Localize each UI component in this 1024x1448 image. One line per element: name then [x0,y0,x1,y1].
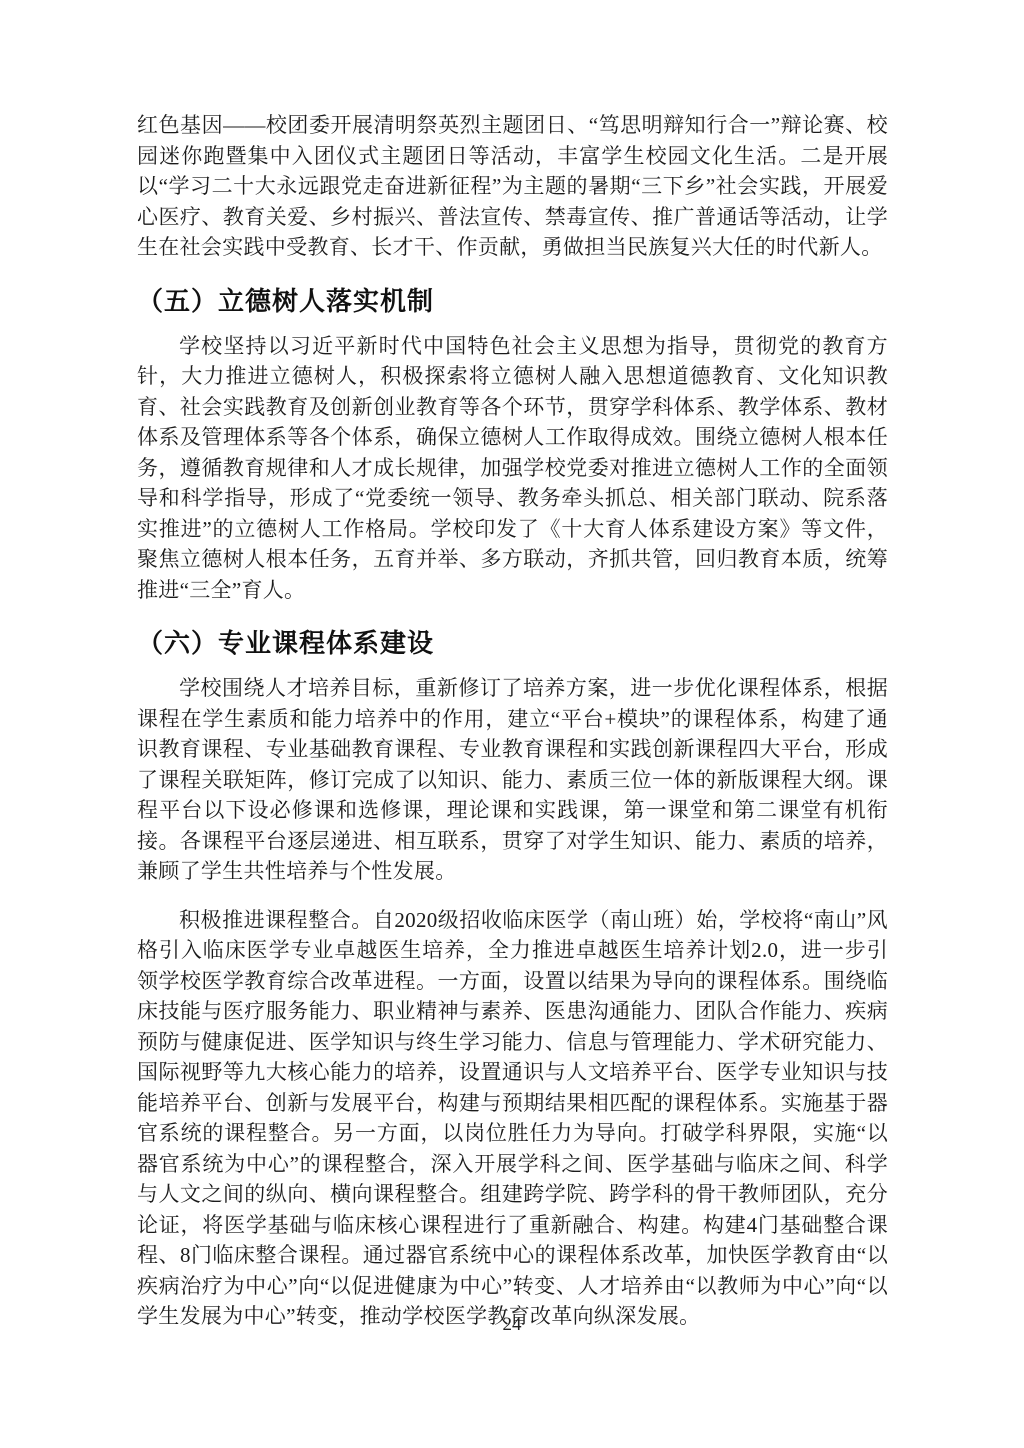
body-paragraph: 学校坚持以习近平新时代中国特色社会主义思想为指导，贯彻党的教育方针，大力推进立德… [137,331,888,606]
document-page: 红色基因——校团委开展清明祭英烈主题团日、“笃思明辩知行合一”辩论赛、校园迷你跑… [0,0,1024,1448]
page-content: 红色基因——校团委开展清明祭英烈主题团日、“笃思明辩知行合一”辩论赛、校园迷你跑… [137,110,888,1332]
body-paragraph: 学校围绕人才培养目标，重新修订了培养方案，进一步优化课程体系，根据课程在学生素质… [137,673,888,887]
section-heading-six: （六）专业课程体系建设 [137,624,888,662]
page-number: 24 [0,1314,1024,1336]
section-heading-five: （五）立德树人落实机制 [137,282,888,320]
body-paragraph-continuation: 红色基因——校团委开展清明祭英烈主题团日、“笃思明辩知行合一”辩论赛、校园迷你跑… [137,110,888,263]
body-paragraph: 积极推进课程整合。自2020级招收临床医学（南山班）始，学校将“南山”风格引入临… [137,905,888,1332]
